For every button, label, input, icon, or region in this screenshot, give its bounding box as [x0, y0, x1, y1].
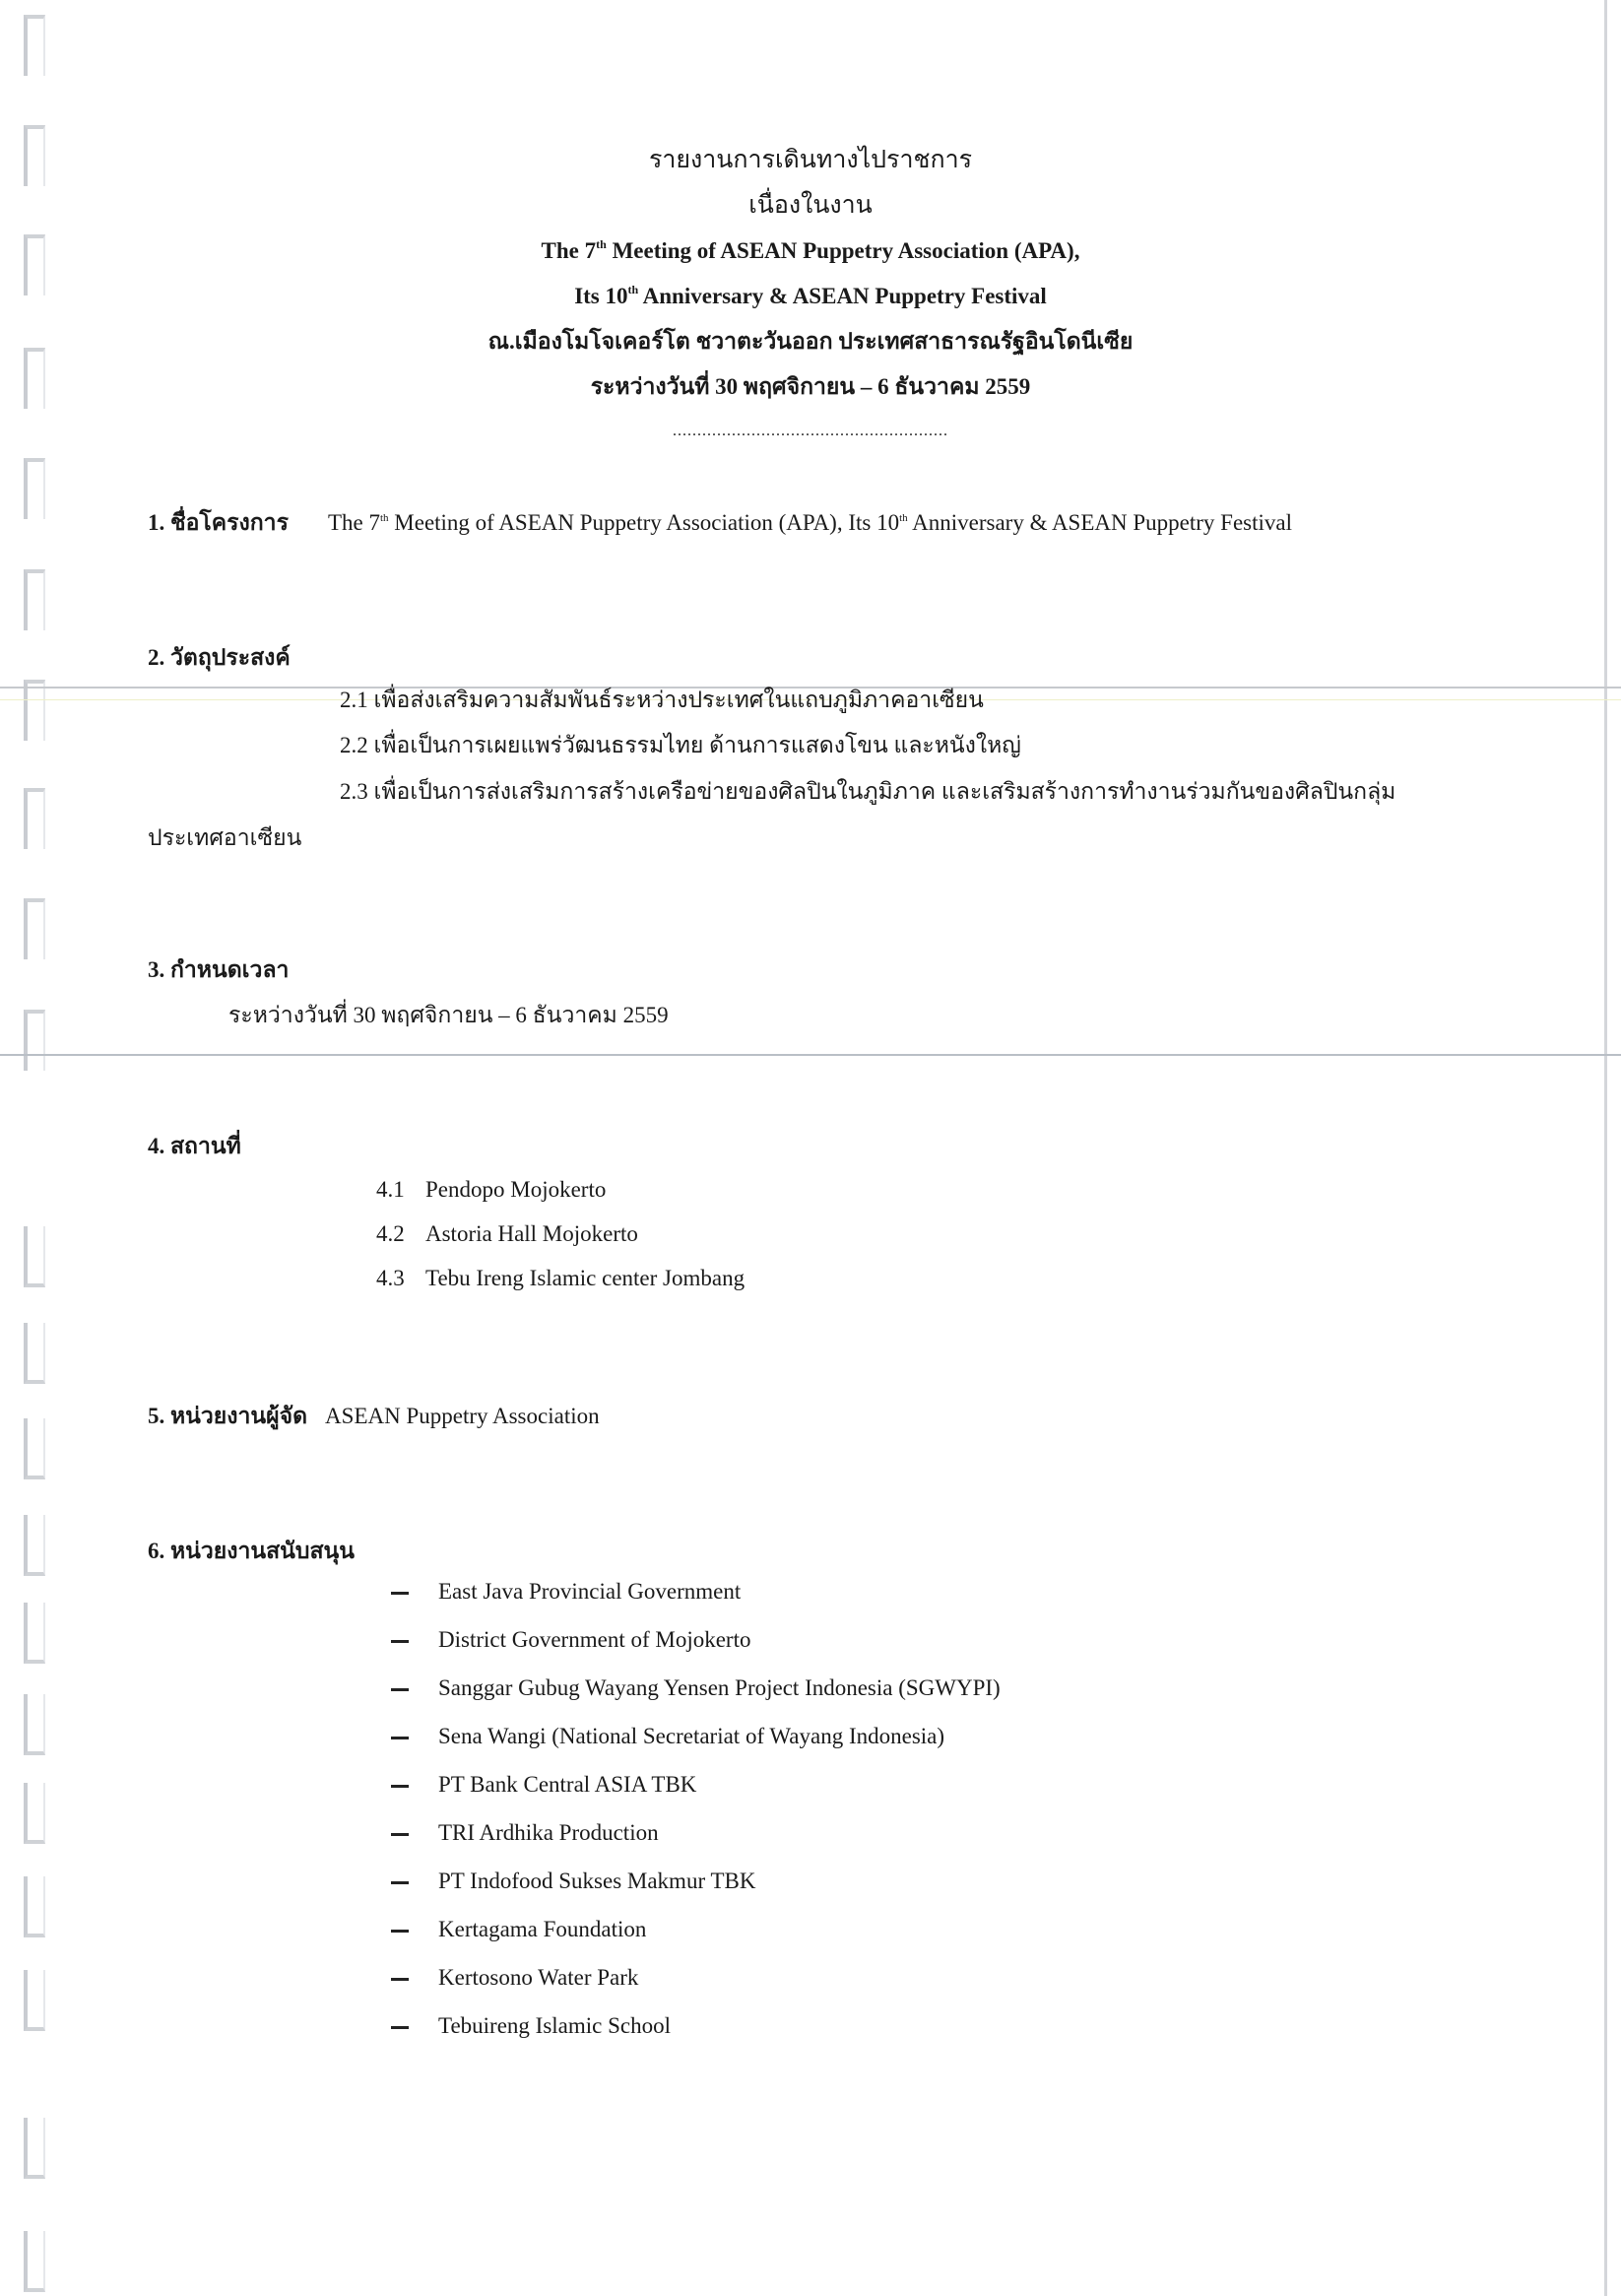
objective-continuation: ประเทศอาเซียน: [148, 820, 301, 856]
section-title: 5. หน่วยงานผู้จัด: [148, 1404, 307, 1428]
supporter-name: TRI Ardhika Production: [438, 1820, 659, 1845]
event-location: ณ.เมืองโมโจเคอร์โต ชวาตะวันออก ประเทศสาธ…: [0, 319, 1621, 364]
report-title: รายงานการเดินทางไปราชการ: [0, 138, 1621, 183]
event-title-text: Anniversary & ASEAN Puppetry Festival: [638, 284, 1047, 308]
report-subtitle: เนื่องในงาน: [0, 183, 1621, 229]
supporter-item: District Government of Mojokerto: [391, 1627, 750, 1653]
supporter-item: Sena Wangi (National Secretariat of Waya…: [391, 1724, 944, 1749]
supporter-name: PT Bank Central ASIA TBK: [438, 1772, 696, 1797]
dash-bullet-icon: [391, 1688, 409, 1691]
supporter-name: PT Indofood Sukses Makmur TBK: [438, 1869, 755, 1893]
dash-bullet-icon: [391, 2026, 409, 2029]
binding-mark: [24, 1783, 45, 1844]
ordinal-suffix: th: [899, 512, 908, 524]
supporter-name: Sena Wangi (National Secretariat of Waya…: [438, 1724, 944, 1748]
venue-number: 4.3: [376, 1266, 425, 1291]
section-title: 1. ชื่อโครงการ: [148, 510, 289, 535]
document-header: รายงานการเดินทางไปราชการ เนื่องในงาน The…: [0, 138, 1621, 441]
supporter-item: Tebuireng Islamic School: [391, 2013, 671, 2039]
section-schedule-title: 3. กำหนดเวลา: [148, 952, 289, 988]
binding-mark: [24, 898, 45, 959]
venue-name: Astoria Hall Mojokerto: [425, 1221, 638, 1246]
venue-number: 4.2: [376, 1221, 425, 1247]
event-title-text: The 7: [542, 238, 597, 263]
supporter-item: PT Indofood Sukses Makmur TBK: [391, 1869, 755, 1894]
objective-item: 2.2 เพื่อเป็นการเผยแพร่วัฒนธรรมไทย ด้านก…: [340, 728, 1021, 763]
supporter-name: Kertagama Foundation: [438, 1917, 646, 1941]
section-title: 4. สถานที่: [148, 1134, 241, 1158]
dash-bullet-icon: [391, 1881, 409, 1884]
supporter-name: Sanggar Gubug Wayang Yensen Project Indo…: [438, 1675, 1001, 1700]
dash-bullet-icon: [391, 1785, 409, 1788]
binding-mark: [24, 2231, 45, 2292]
binding-mark: [24, 569, 45, 630]
project-name-value: The 7th Meeting of ASEAN Puppetry Associ…: [328, 510, 1292, 535]
binding-mark: [24, 1323, 45, 1384]
section-title: 6. หน่วยงานสนับสนุน: [148, 1539, 355, 1563]
dash-bullet-icon: [391, 1640, 409, 1643]
event-title-text: Meeting of ASEAN Puppetry Association (A…: [607, 238, 1080, 263]
binding-mark: [24, 1418, 45, 1479]
section-objectives-title: 2. วัตถุประสงค์: [148, 640, 291, 676]
event-title-text: Its 10: [574, 284, 627, 308]
binding-mark: [24, 2118, 45, 2179]
binding-mark: [24, 680, 45, 741]
dash-bullet-icon: [391, 1592, 409, 1595]
binding-mark: [24, 1226, 45, 1287]
section-project-name: 1. ชื่อโครงการThe 7th Meeting of ASEAN P…: [148, 505, 1292, 541]
ordinal-suffix: th: [596, 237, 607, 251]
venue-item: 4.3Tebu Ireng Islamic center Jombang: [376, 1266, 745, 1291]
section-supporters-title: 6. หน่วยงานสนับสนุน: [148, 1534, 355, 1569]
scan-line: [0, 1054, 1621, 1056]
binding-mark: [24, 1603, 45, 1664]
binding-mark: [24, 788, 45, 849]
project-name-text: Meeting of ASEAN Puppetry Association (A…: [389, 510, 900, 535]
dash-bullet-icon: [391, 1978, 409, 1981]
dash-bullet-icon: [391, 1930, 409, 1933]
section-organizer: 5. หน่วยงานผู้จัดASEAN Puppetry Associat…: [148, 1399, 600, 1434]
event-title-line1: The 7th Meeting of ASEAN Puppetry Associ…: [0, 229, 1621, 274]
supporter-name: Kertosono Water Park: [438, 1965, 638, 1990]
binding-mark: [24, 458, 45, 519]
project-name-text: Anniversary & ASEAN Puppetry Festival: [908, 510, 1292, 535]
binding-mark: [24, 1010, 45, 1071]
schedule-value: ระหว่างวันที่ 30 พฤศจิกายน – 6 ธันวาคม 2…: [228, 998, 669, 1033]
venue-item: 4.1Pendopo Mojokerto: [376, 1177, 606, 1203]
objective-item: 2.1 เพื่อส่งเสริมความสัมพันธ์ระหว่างประเ…: [340, 683, 984, 718]
venue-item: 4.2Astoria Hall Mojokerto: [376, 1221, 638, 1247]
organizer-value: ASEAN Puppetry Association: [325, 1404, 600, 1428]
supporter-name: District Government of Mojokerto: [438, 1627, 750, 1652]
supporter-item: Kertosono Water Park: [391, 1965, 638, 1991]
event-dates: ระหว่างวันที่ 30 พฤศจิกายน – 6 ธันวาคม 2…: [0, 364, 1621, 410]
section-venue-title: 4. สถานที่: [148, 1129, 241, 1164]
supporter-item: Kertagama Foundation: [391, 1917, 646, 1942]
binding-mark: [24, 1694, 45, 1755]
supporter-item: East Java Provincial Government: [391, 1579, 741, 1605]
objective-item: 2.3 เพื่อเป็นการส่งเสริมการสร้างเครือข่า…: [340, 774, 1395, 810]
binding-mark: [24, 1876, 45, 1937]
section-title: 2. วัตถุประสงค์: [148, 645, 291, 670]
venue-name: Tebu Ireng Islamic center Jombang: [425, 1266, 745, 1290]
event-title-line2: Its 10th Anniversary & ASEAN Puppetry Fe…: [0, 274, 1621, 319]
ordinal-suffix: th: [380, 512, 389, 524]
venue-name: Pendopo Mojokerto: [425, 1177, 606, 1202]
dash-bullet-icon: [391, 1737, 409, 1739]
binding-mark: [24, 1970, 45, 2031]
supporter-item: PT Bank Central ASIA TBK: [391, 1772, 696, 1798]
supporter-name: East Java Provincial Government: [438, 1579, 741, 1604]
binding-mark: [24, 15, 45, 76]
dash-bullet-icon: [391, 1833, 409, 1836]
section-title: 3. กำหนดเวลา: [148, 957, 289, 982]
project-name-text: The 7: [328, 510, 380, 535]
supporter-name: Tebuireng Islamic School: [438, 2013, 671, 2038]
binding-mark: [24, 1515, 45, 1576]
ordinal-suffix: th: [628, 283, 639, 296]
supporter-item: TRI Ardhika Production: [391, 1820, 659, 1846]
supporter-item: Sanggar Gubug Wayang Yensen Project Indo…: [391, 1675, 1001, 1701]
venue-number: 4.1: [376, 1177, 425, 1203]
separator-dots: ........................................…: [0, 422, 1621, 441]
